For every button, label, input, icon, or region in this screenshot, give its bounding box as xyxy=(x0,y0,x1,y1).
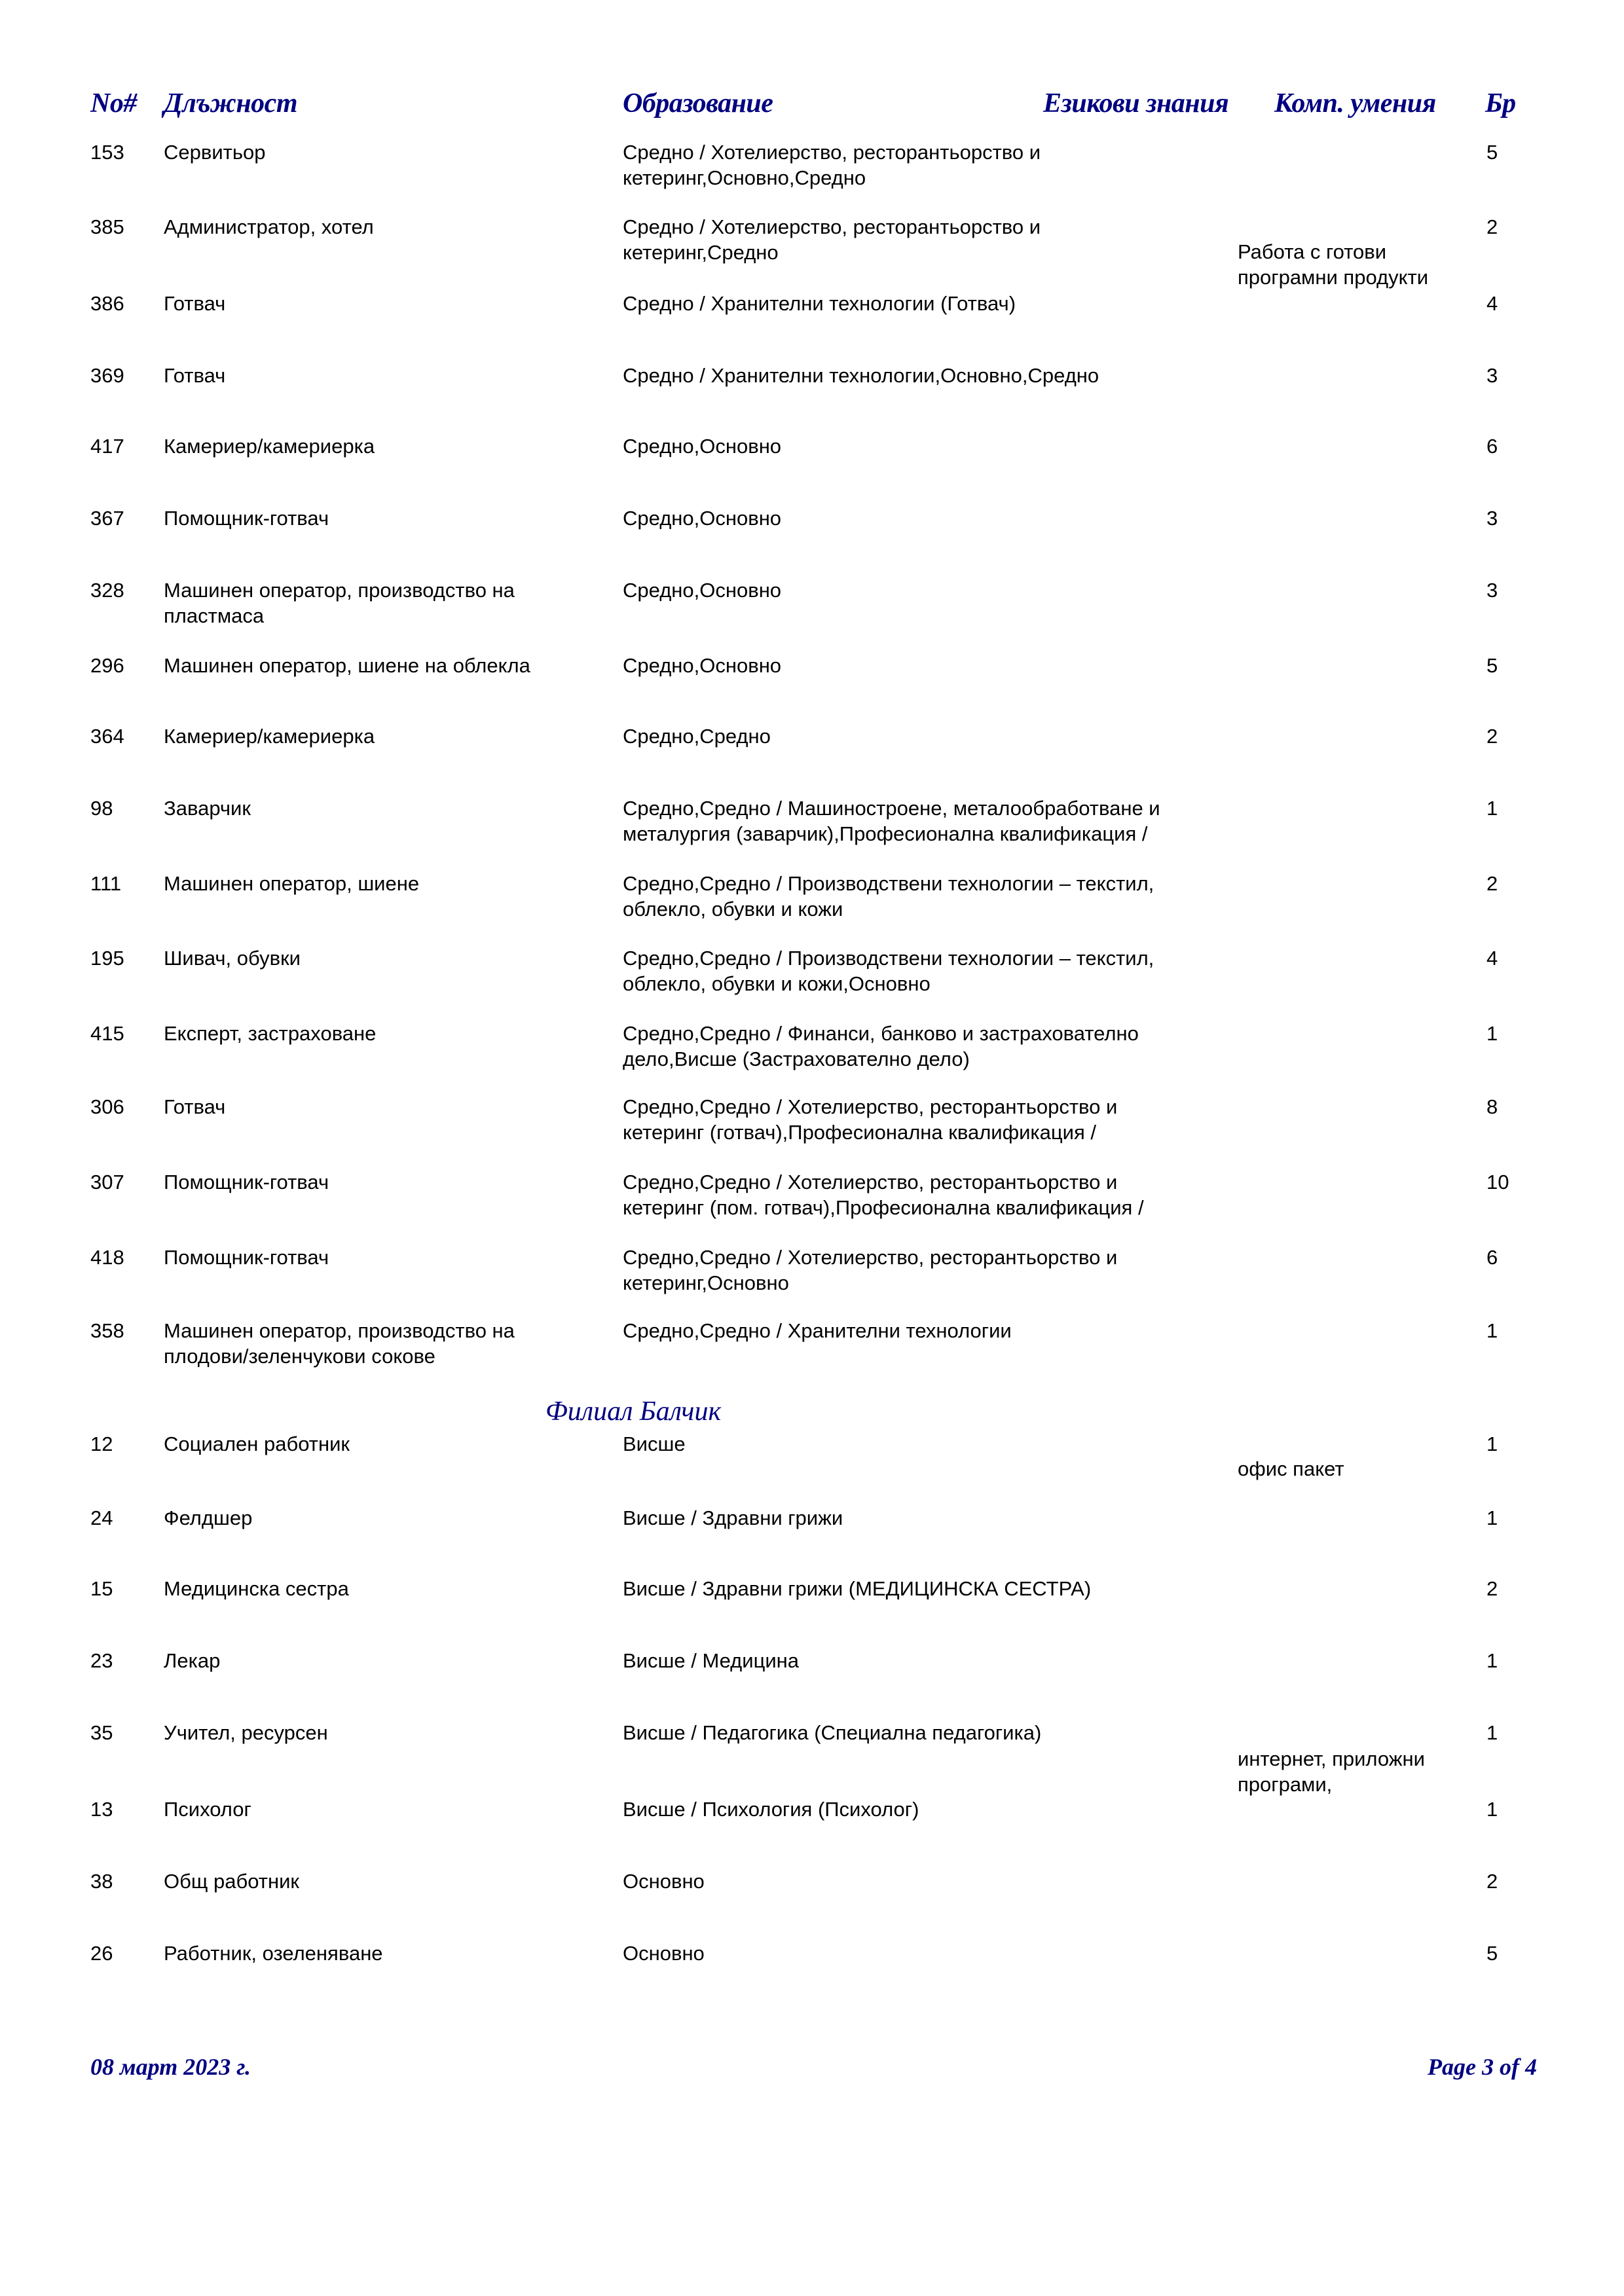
row-count: 4 xyxy=(1486,945,1498,971)
row-education: Основно xyxy=(623,1868,1212,1894)
row-number: 195 xyxy=(90,945,124,971)
row-count: 5 xyxy=(1486,139,1498,165)
row-count: 1 xyxy=(1486,1505,1498,1531)
row-position: Камериер/камериерка xyxy=(164,433,596,459)
row-education: Средно,Средно / Машиностроене, металообр… xyxy=(623,795,1212,847)
row-position: Машинен оператор, шиене xyxy=(164,871,596,896)
row-position: Помощник-готвач xyxy=(164,1169,596,1195)
row-position: Работник, озеленяване xyxy=(164,1941,596,1966)
row-computer-skills: интернет, приложни програми, xyxy=(1238,1746,1473,1797)
row-count: 3 xyxy=(1486,505,1498,531)
row-count: 2 xyxy=(1486,1868,1498,1894)
row-count: 1 xyxy=(1486,1318,1498,1343)
row-number: 98 xyxy=(90,795,113,821)
row-count: 1 xyxy=(1486,1431,1498,1457)
row-count: 2 xyxy=(1486,1576,1498,1601)
row-number: 385 xyxy=(90,214,124,240)
row-position: Помощник-готвач xyxy=(164,1245,596,1270)
row-education: Средно,Основно xyxy=(623,577,1212,603)
row-number: 35 xyxy=(90,1720,113,1745)
row-count: 10 xyxy=(1486,1169,1509,1195)
row-position: Машинен оператор, производство на плодов… xyxy=(164,1318,596,1369)
row-education: Средно / Хотелиерство, ресторантьорство … xyxy=(623,139,1212,191)
row-count: 3 xyxy=(1486,363,1498,388)
header-languages: Езикови знания xyxy=(1043,86,1228,120)
header-count: Бр xyxy=(1485,86,1516,120)
row-count: 5 xyxy=(1486,1941,1498,1966)
row-number: 415 xyxy=(90,1021,124,1046)
row-position: Психолог xyxy=(164,1796,596,1822)
row-number: 296 xyxy=(90,653,124,678)
row-number: 367 xyxy=(90,505,124,531)
row-education: Средно,Основно xyxy=(623,433,1212,459)
row-position: Медицинска сестра xyxy=(164,1576,596,1601)
row-education: Средно,Средно / Хотелиерство, ресторанть… xyxy=(623,1169,1212,1220)
row-position: Готвач xyxy=(164,291,596,316)
row-education: Висше / Здравни грижи xyxy=(623,1505,1212,1531)
row-count: 8 xyxy=(1486,1094,1498,1120)
row-education: Средно,Основно xyxy=(623,653,1212,678)
row-position: Помощник-готвач xyxy=(164,505,596,531)
row-education: Средно,Средно / Финанси, банково и застр… xyxy=(623,1021,1212,1072)
row-number: 417 xyxy=(90,433,124,459)
header-computer-skills: Комп. умения xyxy=(1274,86,1436,120)
row-number: 306 xyxy=(90,1094,124,1120)
header-no: No# xyxy=(90,86,137,120)
row-education: Средно / Хранителни технологии (Готвач) xyxy=(623,291,1212,316)
row-position: Фелдшер xyxy=(164,1505,596,1531)
row-position: Машинен оператор, производство на пластм… xyxy=(164,577,596,629)
row-number: 12 xyxy=(90,1431,113,1457)
footer-date: 08 март 2023 г. xyxy=(90,2050,251,2083)
footer-page-number: Page 3 of 4 xyxy=(1428,2050,1537,2083)
row-position: Заварчик xyxy=(164,795,596,821)
row-number: 13 xyxy=(90,1796,113,1822)
row-number: 369 xyxy=(90,363,124,388)
row-position: Камериер/камериерка xyxy=(164,723,596,749)
row-position: Общ работник xyxy=(164,1868,596,1894)
row-count: 5 xyxy=(1486,653,1498,678)
row-position: Социален работник xyxy=(164,1431,596,1457)
row-count: 3 xyxy=(1486,577,1498,603)
row-number: 23 xyxy=(90,1648,113,1673)
row-number: 15 xyxy=(90,1576,113,1601)
header-education: Образование xyxy=(623,86,773,120)
row-number: 38 xyxy=(90,1868,113,1894)
row-education: Средно,Средно / Производствени технологи… xyxy=(623,945,1212,996)
row-count: 6 xyxy=(1486,433,1498,459)
row-number: 153 xyxy=(90,139,124,165)
row-education: Основно xyxy=(623,1941,1212,1966)
row-education: Средно,Средно / Хотелиерство, ресторанть… xyxy=(623,1245,1212,1296)
row-count: 6 xyxy=(1486,1245,1498,1270)
row-education: Висше xyxy=(623,1431,1212,1457)
row-education: Висше / Психология (Психолог) xyxy=(623,1796,1212,1822)
row-count: 1 xyxy=(1486,795,1498,821)
row-education: Висше / Здравни грижи (МЕДИЦИНСКА СЕСТРА… xyxy=(623,1576,1212,1601)
row-count: 1 xyxy=(1486,1648,1498,1673)
row-computer-skills: Работа с готови програмни продукти xyxy=(1238,239,1473,290)
row-education: Средно,Средно / Хранителни технологии xyxy=(623,1318,1212,1343)
header-position: Длъжност xyxy=(164,86,297,120)
row-position: Експерт, застраховане xyxy=(164,1021,596,1046)
row-education: Средно / Хотелиерство, ресторантьорство … xyxy=(623,214,1212,265)
row-number: 26 xyxy=(90,1941,113,1966)
row-count: 2 xyxy=(1486,214,1498,240)
row-education: Средно,Средно / Производствени технологи… xyxy=(623,871,1212,922)
row-number: 418 xyxy=(90,1245,124,1270)
row-position: Готвач xyxy=(164,1094,596,1120)
row-education: Средно,Средно xyxy=(623,723,1212,749)
row-computer-skills: офис пакет xyxy=(1238,1456,1473,1482)
row-position: Администратор, хотел xyxy=(164,214,596,240)
row-count: 2 xyxy=(1486,723,1498,749)
row-education: Средно,Основно xyxy=(623,505,1212,531)
row-education: Средно,Средно / Хотелиерство, ресторанть… xyxy=(623,1094,1212,1145)
row-position: Готвач xyxy=(164,363,596,388)
row-number: 24 xyxy=(90,1505,113,1531)
row-position: Шивач, обувки xyxy=(164,945,596,971)
row-number: 307 xyxy=(90,1169,124,1195)
row-count: 4 xyxy=(1486,291,1498,316)
row-education: Висше / Медицина xyxy=(623,1648,1212,1673)
row-count: 1 xyxy=(1486,1720,1498,1745)
row-position: Лекар xyxy=(164,1648,596,1673)
row-count: 1 xyxy=(1486,1021,1498,1046)
row-number: 328 xyxy=(90,577,124,603)
row-number: 386 xyxy=(90,291,124,316)
row-position: Учител, ресурсен xyxy=(164,1720,596,1745)
section-title-branch-balchik: Филиал Балчик xyxy=(545,1395,721,1428)
row-number: 111 xyxy=(90,871,121,896)
row-number: 358 xyxy=(90,1318,124,1343)
row-position: Сервитьор xyxy=(164,139,596,165)
row-count: 1 xyxy=(1486,1796,1498,1822)
document-page: No# Длъжност Образование Езикови знания … xyxy=(0,0,1624,2296)
row-number: 364 xyxy=(90,723,124,749)
row-count: 2 xyxy=(1486,871,1498,896)
row-education: Висше / Педагогика (Специална педагогика… xyxy=(623,1720,1212,1745)
row-education: Средно / Хранителни технологии,Основно,С… xyxy=(623,363,1212,388)
row-position: Машинен оператор, шиене на облекла xyxy=(164,653,596,678)
